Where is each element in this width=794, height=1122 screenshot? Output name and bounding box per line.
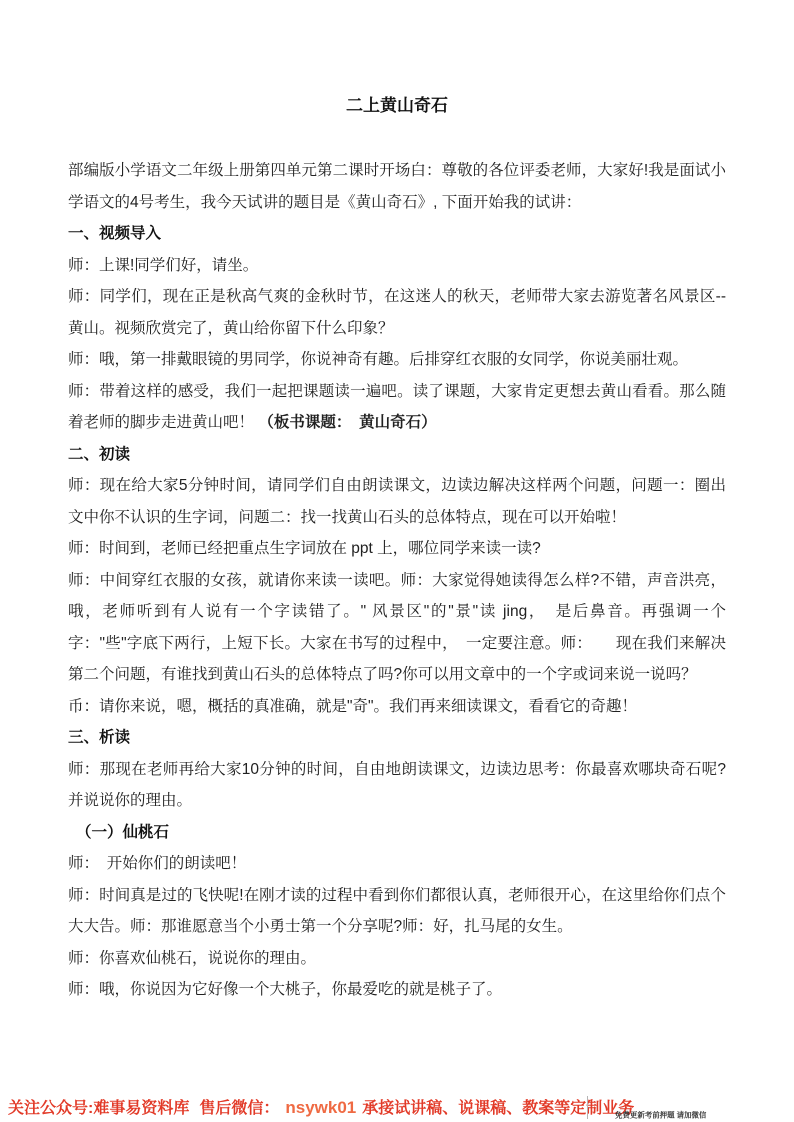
paragraph: 币：请你来说，嗯，概括的真准确，就是"奇"。我们再来细读课文，看看它的奇趣！ — [68, 691, 726, 723]
paragraph: 师：你喜欢仙桃石，说说你的理由。 — [68, 943, 726, 975]
section-heading: （一）仙桃石 — [68, 817, 726, 849]
paragraph: 师：带着这样的感受，我们一起把课题读一遍吧。读了课题，大家肯定更想去黄山看看。那… — [68, 376, 726, 439]
paragraph: 师：上课!同学们好，请坐。 — [68, 250, 726, 282]
text-run: 师：时间真是过的飞快呢!在刚才读的过程中看到你们都很认真，老师很开心，在这里给你… — [68, 887, 726, 936]
paragraph: 师：同学们，现在正是秋高气爽的金秋时节，在这迷人的秋天，老师带大家去游览著名风景… — [68, 281, 726, 344]
paragraph: 师： 开始你们的朗读吧！ — [68, 848, 726, 880]
paragraph: 部编版小学语文二年级上册第四单元第二课时开场白：尊敬的各位评委老师，大家好!我是… — [68, 155, 726, 218]
text-run: 师：你喜欢仙桃石，说说你的理由。 — [68, 950, 316, 967]
bold-run: 二、初读 — [68, 446, 130, 463]
bold-run: （板书课题： 黄山奇石） — [258, 414, 436, 431]
bold-run: （一）仙桃石 — [76, 824, 169, 841]
text-run: 师：哦，第一排戴眼镜的男同学，你说神奇有趣。后排穿红衣服的女同学，你说美丽壮观。 — [68, 351, 688, 368]
paragraph: 师：时间到，老师已经把重点生字词放在 ppt 上，哪位同学来读一读? — [68, 533, 726, 565]
footer-after-sales-label: 售后微信： — [199, 1100, 279, 1117]
text-run: 师：那现在老师再给大家10分钟的时间，自由地朗读课文，边读边思考：你最喜欢哪块奇… — [68, 761, 726, 810]
section-heading: 二、初读 — [68, 439, 726, 471]
footer-services-text: 承接试讲稿、说课稿、教案等定制业务 — [362, 1100, 634, 1117]
document-title: 二上黄山奇石 — [68, 90, 726, 122]
document-content: 二上黄山奇石 部编版小学语文二年级上册第四单元第二课时开场白：尊敬的各位评委老师… — [68, 90, 726, 1006]
text-run: 师：中间穿红衣服的女孩，就请你来读一读吧。师：大家觉得她读得怎么样?不错，声音洪… — [68, 572, 726, 684]
paragraph: 师：哦，你说因为它好像一个大桃子，你最爱吃的就是桃子了。 — [68, 974, 726, 1006]
text-run: 师：哦，你说因为它好像一个大桃子，你最爱吃的就是桃子了。 — [68, 981, 502, 998]
document-body: 部编版小学语文二年级上册第四单元第二课时开场白：尊敬的各位评委老师，大家好!我是… — [68, 155, 726, 1006]
footer-bar: 关注公众号:难事易资料库售后微信：nsywk01承接试讲稿、说课稿、教案等定制业… — [0, 1092, 794, 1122]
footer-wechat-id: nsywk01 — [279, 1098, 362, 1117]
paragraph: 师：中间穿红衣服的女孩，就请你来读一读吧。师：大家觉得她读得怎么样?不错，声音洪… — [68, 565, 726, 691]
paragraph: 师：那现在老师再给大家10分钟的时间，自由地朗读课文，边读边思考：你最喜欢哪块奇… — [68, 754, 726, 817]
bold-run: 三、析读 — [68, 729, 130, 746]
text-run: 师： 开始你们的朗读吧！ — [68, 855, 246, 872]
text-run: 师：上课!同学们好，请坐。 — [68, 257, 258, 274]
text-run: 部编版小学语文二年级上册第四单元第二课时开场白：尊敬的各位评委老师，大家好!我是… — [68, 162, 726, 211]
paragraph: 师：现在给大家5分钟时间，请同学们自由朗读课文，边读边解决这样两个问题，问题一：… — [68, 470, 726, 533]
document-page: 二上黄山奇石 部编版小学语文二年级上册第四单元第二课时开场白：尊敬的各位评委老师… — [0, 0, 794, 1122]
paragraph: 师：时间真是过的飞快呢!在刚才读的过程中看到你们都很认真，老师很开心，在这里给你… — [68, 880, 726, 943]
footer-promo-text: 关注公众号:难事易资料库售后微信：nsywk01承接试讲稿、说课稿、教案等定制业… — [8, 1095, 634, 1118]
text-run: 币：请你来说，嗯，概括的真准确，就是"奇"。我们再来细读课文，看看它的奇趣！ — [68, 698, 637, 715]
footer-divider — [587, 1096, 588, 1119]
footer-follow-text: 关注公众号:难事易资料库 — [8, 1100, 189, 1117]
text-run: 师：现在给大家5分钟时间，请同学们自由朗读课文，边读边解决这样两个问题，问题一：… — [68, 477, 726, 526]
footer-right-note: 免费更新考前押题 请加微信 — [615, 1109, 706, 1120]
text-run: 师：同学们，现在正是秋高气爽的金秋时节，在这迷人的秋天，老师带大家去游览著名风景… — [68, 288, 726, 337]
section-heading: 一、视频导入 — [68, 218, 726, 250]
bold-run: 一、视频导入 — [68, 225, 161, 242]
text-run: 师：时间到，老师已经把重点生字词放在 ppt 上，哪位同学来读一读? — [68, 540, 541, 557]
section-heading: 三、析读 — [68, 722, 726, 754]
paragraph: 师：哦，第一排戴眼镜的男同学，你说神奇有趣。后排穿红衣服的女同学，你说美丽壮观。 — [68, 344, 726, 376]
